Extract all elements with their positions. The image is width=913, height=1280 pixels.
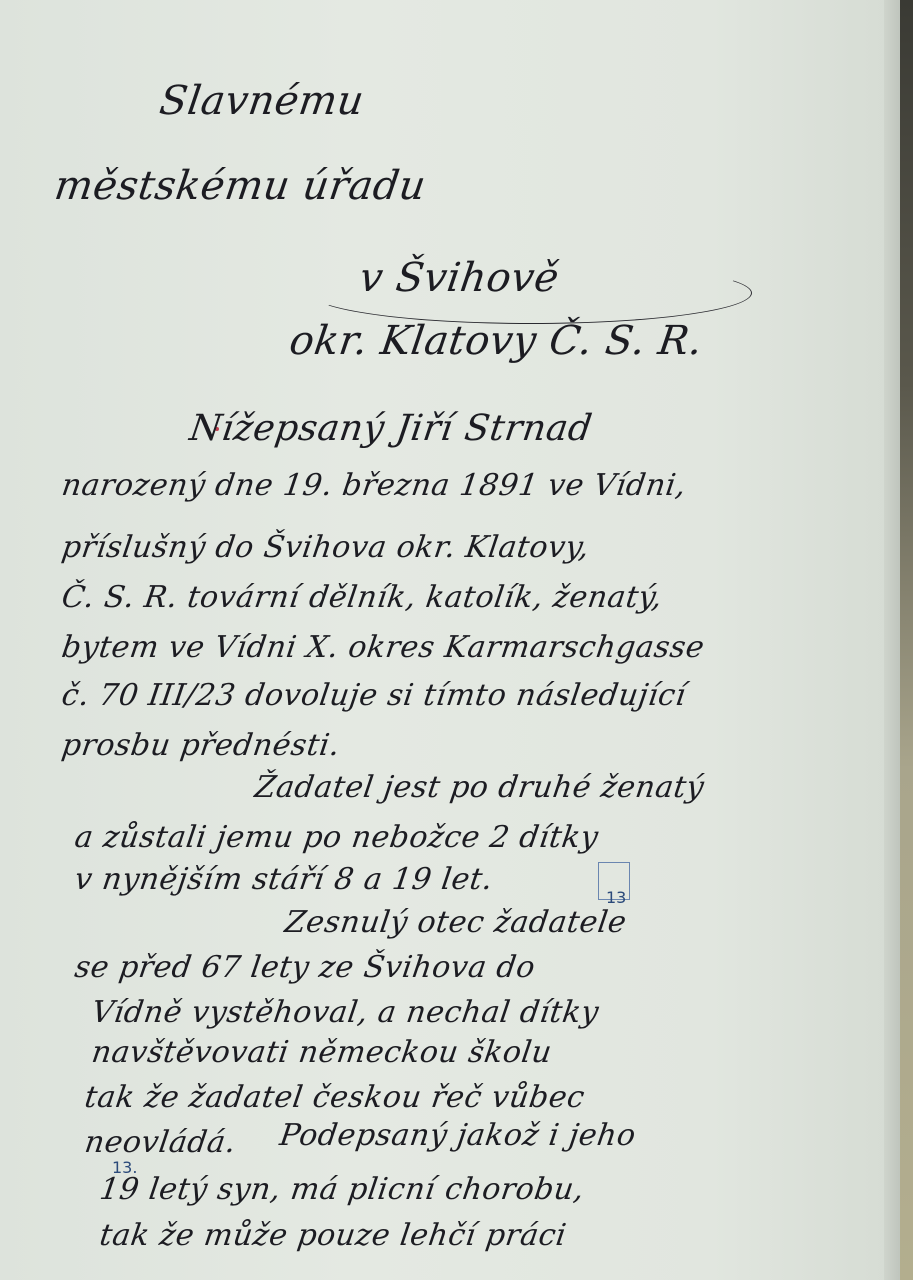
body-line-4: Č. S. R. tovární dělník, katolík, ženatý… — [60, 580, 665, 615]
body-line-7: prosbu přednésti. — [60, 728, 343, 763]
body-line-1: Nížepsaný Jiří Strnad — [187, 408, 595, 449]
body-line-17: Podepsaný jakož i jeho — [278, 1118, 639, 1153]
body-line-12: se před 67 lety ze Švihova do — [73, 950, 538, 985]
body-line-2: narozený dne 19. března 1891 ve Vídni, — [60, 468, 689, 503]
background-edge — [900, 0, 913, 1280]
body-line-15: tak že žadatel českou řeč vůbec — [83, 1080, 587, 1115]
body-line-14: navštěvovati německou školu — [90, 1035, 555, 1070]
body-line-16: neovládá. — [83, 1125, 239, 1160]
address-line-1: Slavnému — [157, 78, 367, 124]
body-line-10: v nynějším stáří 8 a 19 let. — [73, 862, 496, 897]
body-line-13: Vídně vystěhoval, a nechal dítky — [90, 995, 602, 1030]
body-line-3: příslušný do Švihova okr. Klatovy, — [60, 530, 592, 565]
body-line-19: tak že může pouze lehčí práci — [98, 1218, 569, 1253]
flourish-underline — [310, 262, 752, 324]
body-line-6: č. 70 III/23 dovoluje si tímto následují… — [60, 678, 689, 713]
address-line-4: okr. Klatovy Č. S. R. — [287, 318, 706, 364]
body-line-5: bytem ve Vídni X. okres Karmarschgasse — [60, 630, 707, 665]
body-line-11: Zesnulý otec žadatele — [283, 905, 629, 940]
page-edge — [884, 0, 900, 1280]
address-line-2: městskému úřadu — [52, 163, 429, 209]
body-line-18: 19 letý syn, má plicní chorobu, — [98, 1172, 587, 1207]
body-line-8: Žadatel jest po druhé ženatý — [253, 770, 707, 805]
body-line-9: a zůstali jemu po nebožce 2 dítky — [73, 820, 601, 855]
